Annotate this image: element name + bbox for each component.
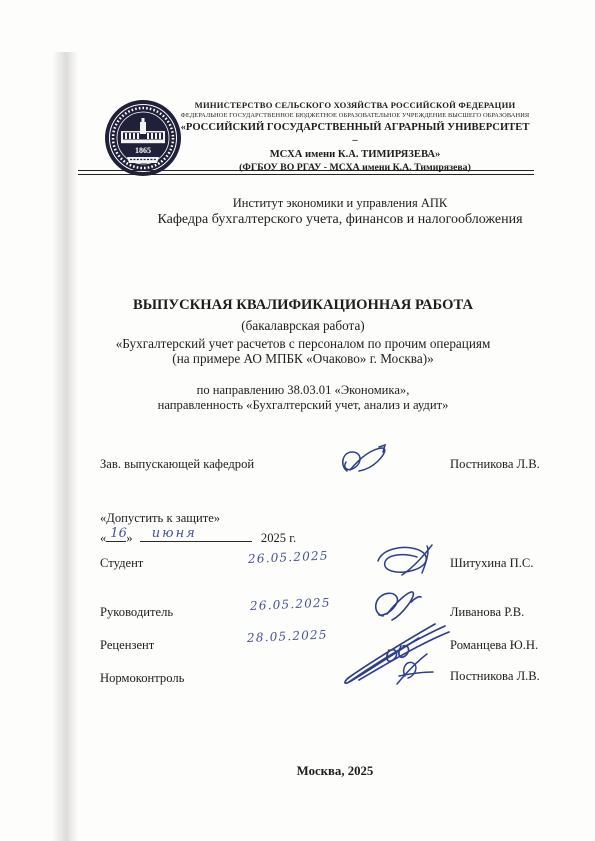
admission-line2: «16» июня 2025 г. [100, 527, 296, 546]
emblem-year: 1865 [135, 146, 151, 155]
admission-month-handwritten: июня [152, 526, 197, 541]
program-line2: направленность «Бухгалтерский учет, анал… [68, 398, 538, 413]
work-subtitle: (бакалаврская работа) [68, 318, 538, 334]
student-label: Студент [100, 556, 143, 571]
university-name-line2: МСХА имени К.А. ТИМИРЯЗЕВА» [180, 148, 530, 161]
norm-control-label: Нормоконтроль [100, 671, 184, 686]
department-line: Кафедра бухгалтерского учета, финансов и… [95, 212, 585, 228]
thesis-title-page: 1865 МИНИСТЕРСТВО СЕЛЬСКОГО ХОЗЯЙСТВА РО… [0, 0, 595, 841]
student-date-handwritten: 26.05.2025 [248, 548, 329, 566]
footer-city-year: Москва, 2025 [95, 764, 575, 779]
admission-year: 2025 г. [261, 531, 296, 545]
admission-day-blank: 16 [106, 527, 126, 542]
norm-control-name: Постникова Л.В. [450, 669, 540, 684]
close-quote: » [126, 531, 132, 545]
supervisor-label: Руководитель [100, 605, 173, 620]
student-name: Шитухина П.С. [450, 556, 533, 571]
reviewer-date-handwritten: 28.05.2025 [247, 627, 328, 645]
header-block: МИНИСТЕРСТВО СЕЛЬСКОГО ХОЗЯЙСТВА РОССИЙС… [180, 100, 530, 174]
thesis-title-line2: (на примере АО МПБК «Очаково» г. Москва)… [68, 351, 538, 367]
program-line1: по направлению 38.03.01 «Экономика», [68, 383, 538, 398]
university-name-line1: «РОССИЙСКИЙ ГОСУДАРСТВЕННЫЙ АГРАРНЫЙ УНИ… [180, 121, 530, 147]
head-of-department-signature [337, 443, 399, 479]
institute-line: Институт экономики и управления АПК [95, 196, 585, 211]
work-title: ВЫПУСКНАЯ КВАЛИФИКАЦИОННАЯ РАБОТА [68, 297, 538, 314]
university-emblem-icon: 1865 [101, 96, 185, 180]
admission-month-blank: июня [140, 527, 252, 542]
admission-line1: «Допустить к защите» [100, 511, 220, 526]
scan-edge-shadow [52, 52, 78, 841]
header-divider [78, 170, 534, 175]
head-of-department-label: Зав. выпускающей кафедрой [100, 457, 254, 472]
reviewer-label: Рецензент [100, 638, 154, 653]
supervisor-date-handwritten: 26.05.2025 [250, 595, 331, 613]
student-signature [372, 541, 438, 583]
institution-type-line: ФЕДЕРАЛЬНОЕ ГОСУДАРСТВЕННОЕ БЮДЖЕТНОЕ ОБ… [180, 112, 530, 120]
reviewer-name: Романцева Ю.Н. [450, 638, 538, 653]
ministry-line: МИНИСТЕРСТВО СЕЛЬСКОГО ХОЗЯЙСТВА РОССИЙС… [180, 100, 530, 110]
thesis-title-line1: «Бухгалтерский учет расчетов с персонало… [68, 336, 538, 352]
admission-day-handwritten: 16 [110, 526, 127, 541]
signatures-cluster [335, 588, 455, 694]
supervisor-name: Ливанова Р.В. [450, 605, 524, 620]
head-of-department-name: Постникова Л.В. [450, 457, 540, 472]
